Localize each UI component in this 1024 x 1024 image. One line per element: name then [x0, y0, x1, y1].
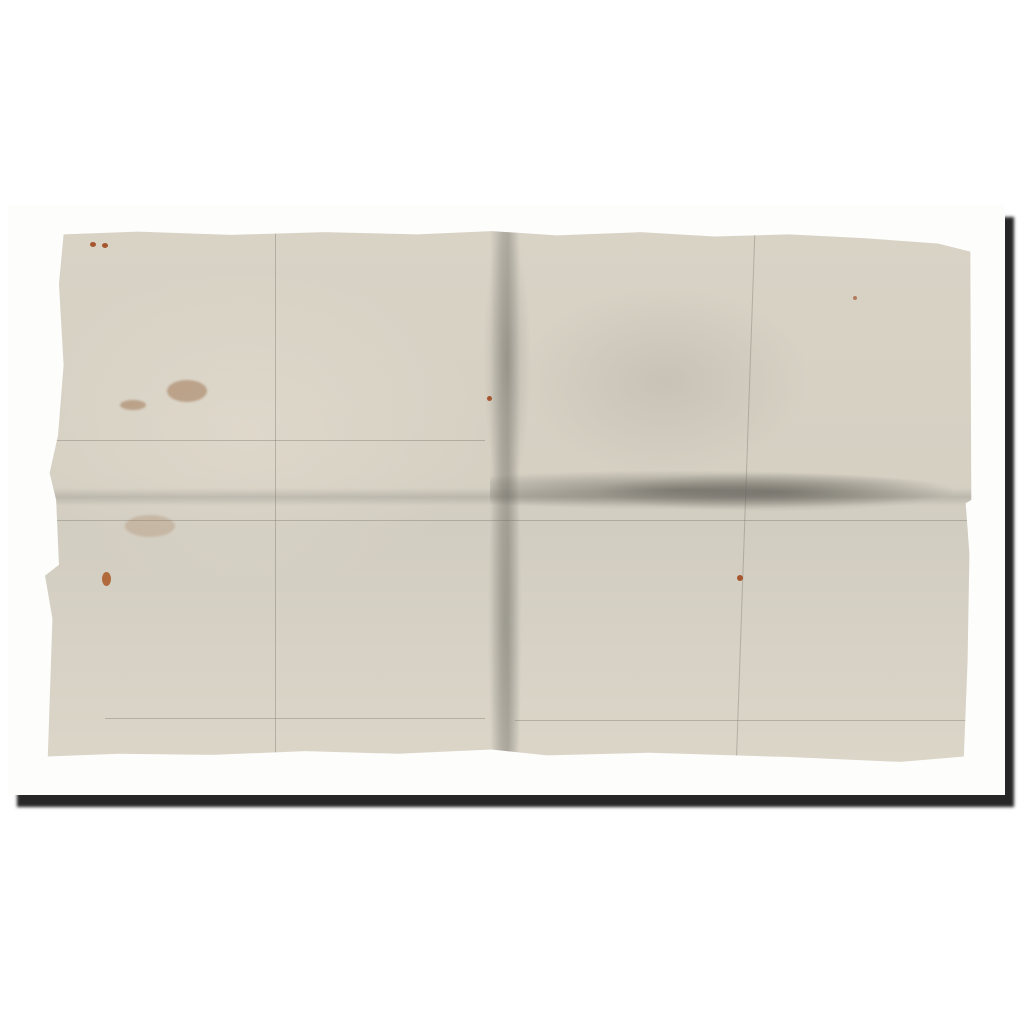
- stain-spot: [737, 575, 743, 581]
- stain-spot: [853, 296, 857, 300]
- dark-smudge: [490, 470, 960, 510]
- crease-line: [275, 230, 276, 770]
- crease-line: [736, 230, 756, 770]
- stain-spot: [487, 396, 492, 401]
- stain-patch: [167, 380, 207, 402]
- vertical-fold: [490, 230, 520, 770]
- crease-line: [515, 720, 975, 721]
- stain-patch: [125, 515, 175, 537]
- stain-patch: [120, 400, 146, 410]
- banknote-reverse: [45, 230, 975, 770]
- stain-spot: [102, 572, 111, 586]
- stain-spot: [102, 243, 108, 248]
- crease-line: [45, 440, 485, 441]
- stain-spot: [90, 242, 96, 247]
- crease-line: [45, 520, 975, 521]
- horizontal-fold: [45, 488, 975, 506]
- crease-line: [105, 718, 485, 719]
